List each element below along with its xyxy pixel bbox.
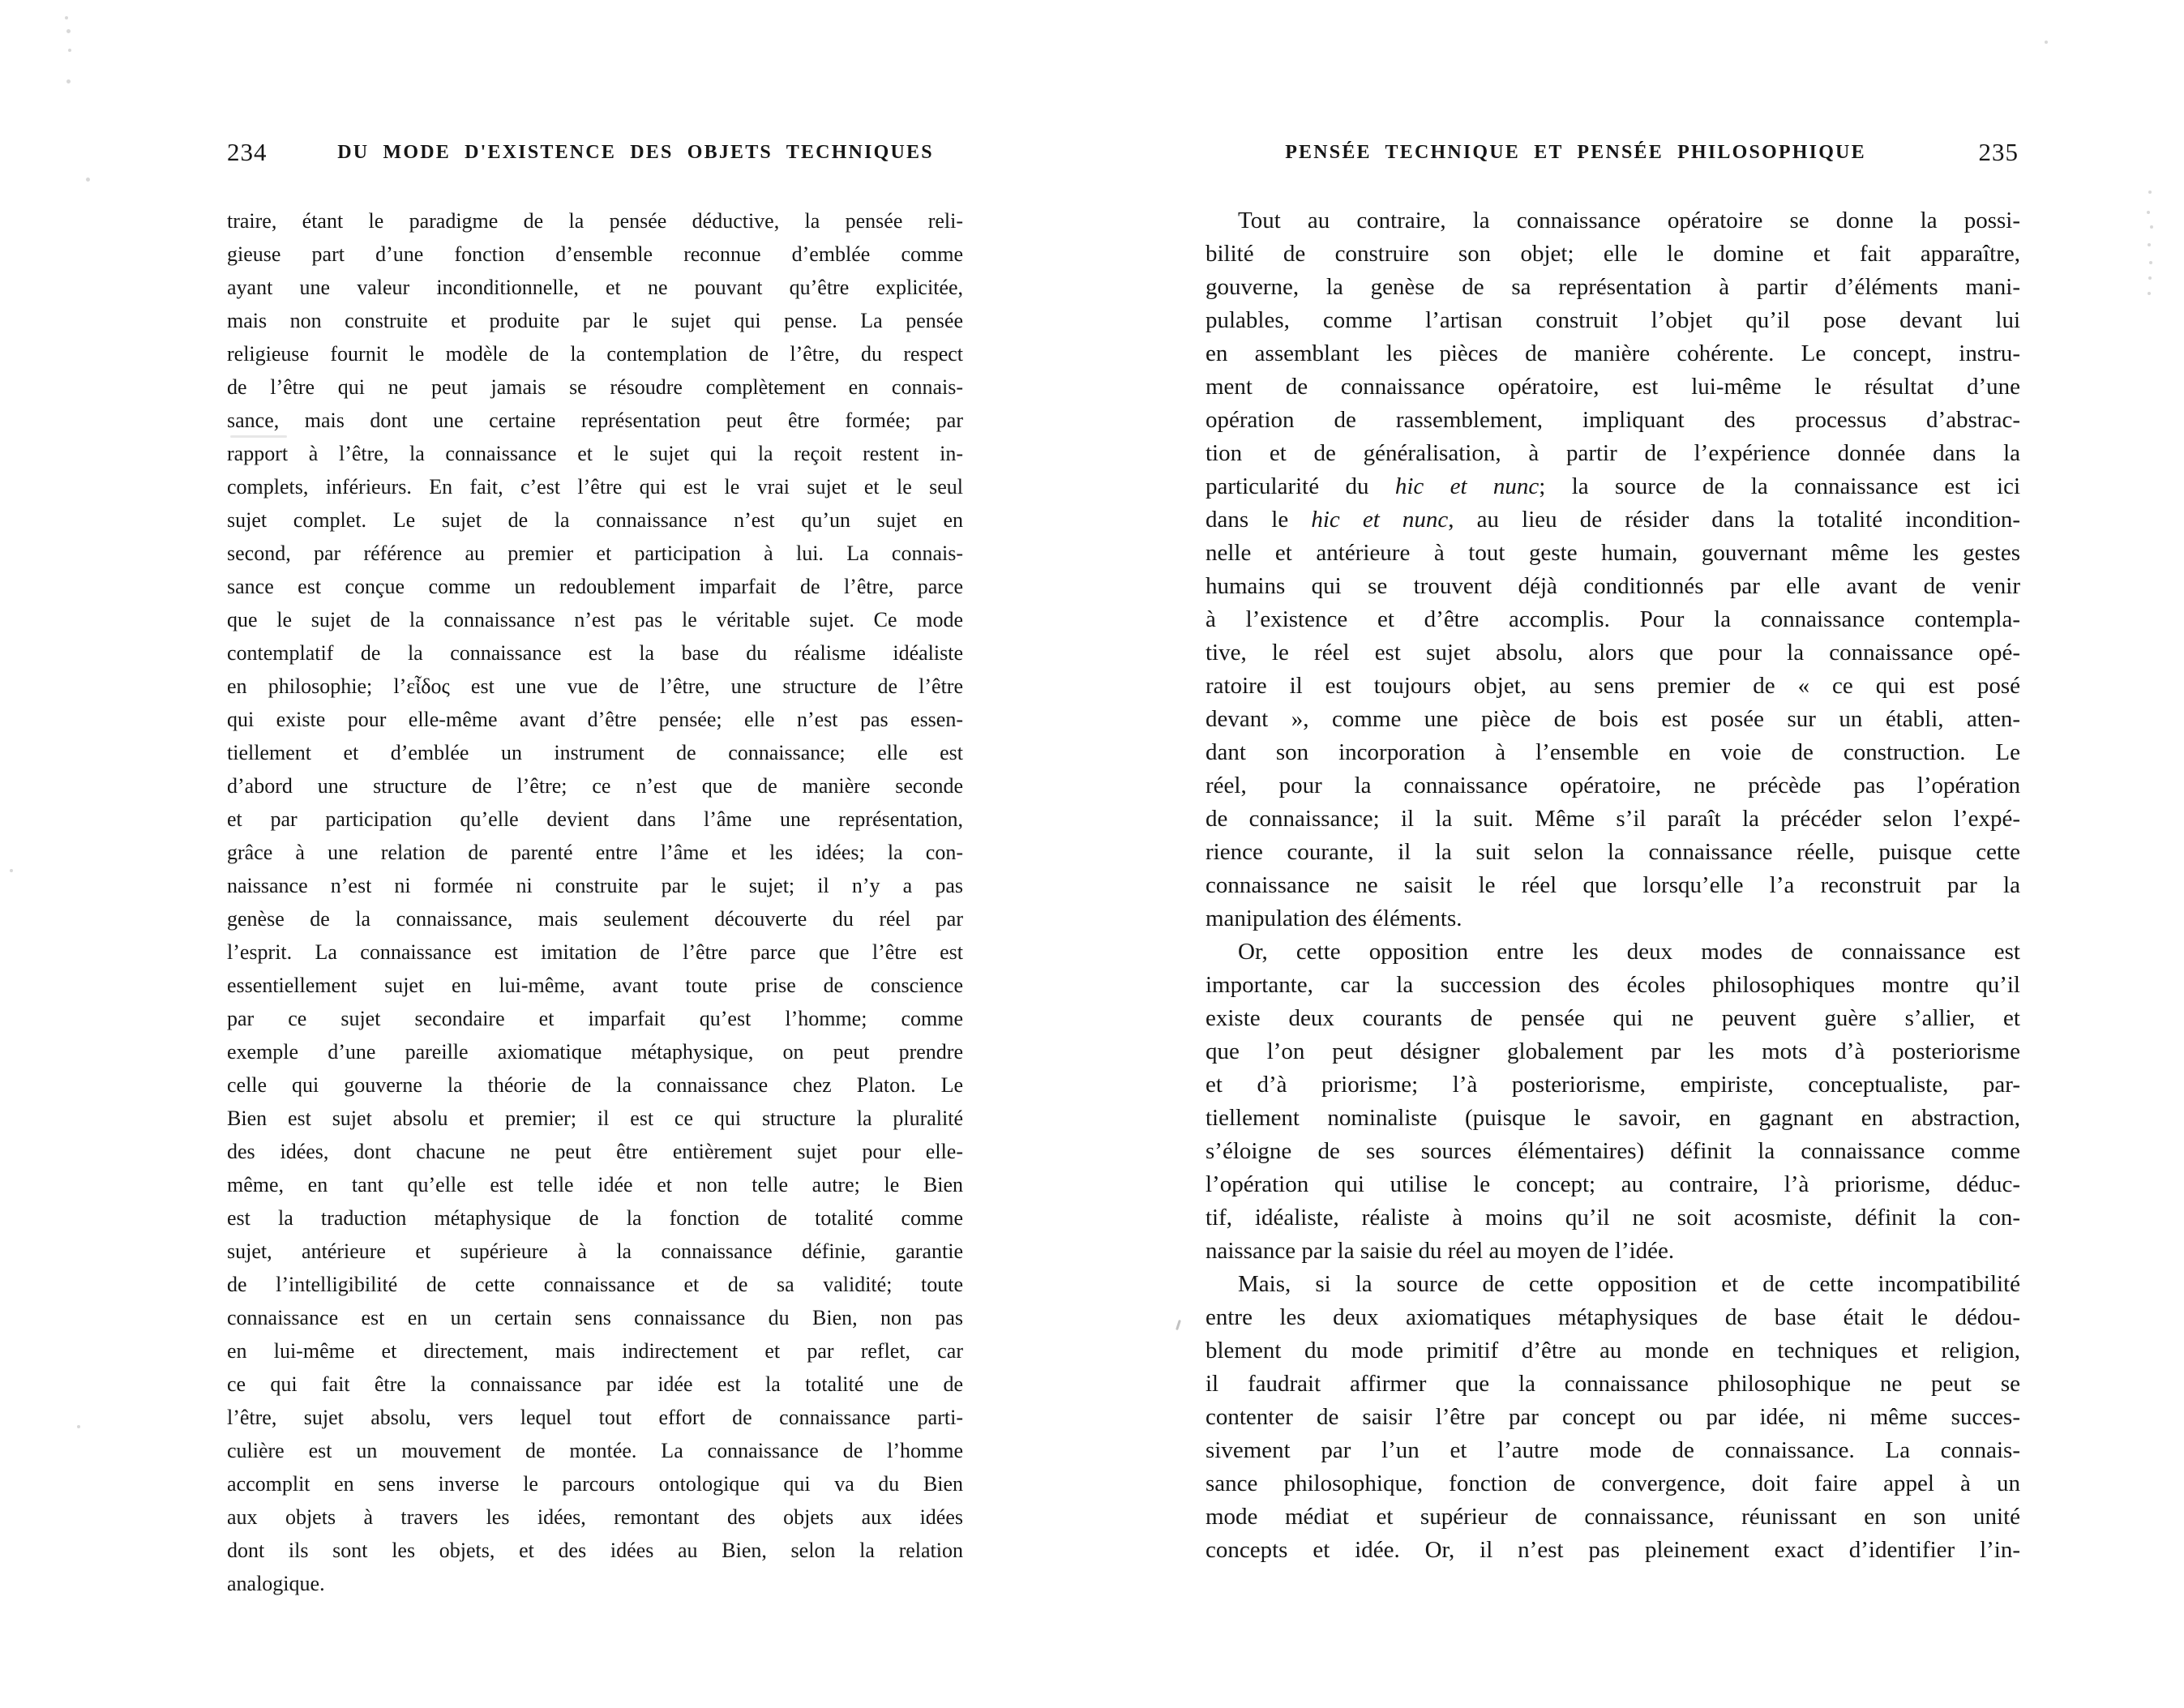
left-page-number: 234 [227,138,268,167]
scan-smudge [230,435,287,438]
text-line: manipulation des éléments. [1205,902,2020,935]
scan-speck [86,178,90,182]
text-line: religieuse fournit le modèle de la conte… [227,337,963,370]
text-line: tive, le réel est sujet absolu, alors qu… [1205,636,2020,670]
text-line: celle qui gouverne la théorie de la conn… [227,1068,963,1102]
text-line: il faudrait affirmer que la connaissance… [1205,1368,2020,1401]
text-line: en philosophie; l’εἶδος est une vue de l… [227,670,963,703]
text-line: sivement par l’un et l’autre mode de con… [1205,1434,2020,1467]
left-page-text-column: traire, étant le paradigme de la pensée … [227,204,963,1600]
text-line: entre les deux axiomatiques métaphysique… [1205,1301,2020,1334]
text-line: gieuse part d’une fonction d’ensemble re… [227,238,963,271]
text-line: humains qui se trouvent déjà conditionné… [1205,570,2020,603]
text-line: s’éloigne de ses sources élémentaires) d… [1205,1135,2020,1168]
text-line: de connaissance; il la suit. Même s’il p… [1205,803,2020,836]
text-line: sance, mais dont une certaine représenta… [227,404,963,437]
text-line: complets, inférieurs. En fait, c’est l’ê… [227,470,963,503]
text-line: en lui-même et directement, mais indirec… [227,1334,963,1368]
text-line: bilité de construire son objet; elle le … [1205,238,2020,271]
text-line: de l’intelligibilité de cette connaissan… [227,1268,963,1301]
right-page-header: PENSÉE TECHNIQUE ET PENSÉE PHILOSOPHIQUE… [1205,138,2020,170]
text-line: contenter de saisir l’être par concept o… [1205,1401,2020,1434]
text-line: en assemblant les pièces de manière cohé… [1205,337,2020,370]
text-line: genèse de la connaissance, mais seulemen… [227,902,963,935]
text-line: ment de connaissance opératoire, est lui… [1205,370,2020,404]
scan-speck [66,79,71,83]
text-line: dont ils sont les objets, et des idées a… [227,1534,963,1567]
text-line: l’être, sujet absolu, vers lequel tout e… [227,1401,963,1434]
text-line: des idées, dont chacune ne peut être ent… [227,1135,963,1168]
text-line: culière est un mouvement de montée. La c… [227,1434,963,1467]
left-running-title: DU MODE D'EXISTENCE DES OBJETS TECHNIQUE… [337,142,934,164]
text-line: Bien est sujet absolu et premier; il est… [227,1102,963,1135]
left-page-header: 234 DU MODE D'EXISTENCE DES OBJETS TECHN… [227,138,963,170]
scan-tick-mark [1176,1320,1181,1330]
text-line: essentiellement sujet en lui-même, avant… [227,969,963,1002]
text-line: grâce à une relation de parenté entre l’… [227,836,963,869]
text-line: aux objets à travers les idées, remontan… [227,1500,963,1534]
scan-speck [2148,243,2151,246]
text-line: même, en tant qu’elle est telle idée et … [227,1168,963,1201]
scan-speck [2150,225,2153,229]
text-line: second, par référence au premier et part… [227,537,963,570]
text-line: nelle et antérieure à tout geste humain,… [1205,537,2020,570]
text-line: concepts et idée. Or, il n’est pas plein… [1205,1534,2020,1567]
text-line: analogique. [227,1567,963,1600]
text-line: sujet, antérieure et supérieure à la con… [227,1235,963,1268]
text-line: d’abord une structure de l’être; ce n’es… [227,769,963,803]
text-line: tion et de généralisation, à partir de l… [1205,437,2020,470]
text-line: opération de rassemblement, impliquant d… [1205,404,2020,437]
text-line: mais non construite et produite par le s… [227,304,963,337]
text-line: ce qui fait être la connaissance par idé… [227,1368,963,1401]
text-line: à l’existence et d’être accomplis. Pour … [1205,603,2020,636]
text-line: traire, étant le paradigme de la pensée … [227,204,963,238]
text-line: est la traduction métaphysique de la fon… [227,1201,963,1235]
text-line: Or, cette opposition entre les deux mode… [1205,935,2020,969]
right-running-title: PENSÉE TECHNIQUE ET PENSÉE PHILOSOPHIQUE [1285,142,1866,164]
scan-speck [2147,211,2150,214]
text-line: ayant une valeur inconditionnelle, et ne… [227,271,963,304]
text-line: sance philosophique, fonction de converg… [1205,1467,2020,1500]
text-line: devant », comme une pièce de bois est po… [1205,703,2020,736]
text-line: par ce sujet secondaire et imparfait qu’… [227,1002,963,1035]
scan-speck [2045,41,2048,44]
text-line: Mais, si la source de cette opposition e… [1205,1268,2020,1301]
text-line: tif, idéaliste, réaliste à moins qu’il n… [1205,1201,2020,1235]
text-line: naissance n’est ni formée ni construite … [227,869,963,902]
text-line: naissance par la saisie du réel au moyen… [1205,1235,2020,1268]
text-line: exemple d’une pareille axiomatique métap… [227,1035,963,1068]
text-line: existe deux courants de pensée qui ne pe… [1205,1002,2020,1035]
book-scan: 234 DU MODE D'EXISTENCE DES OBJETS TECHN… [0,0,2184,1708]
scan-speck [2148,190,2152,194]
text-line: importante, car la succession des écoles… [1205,969,2020,1002]
text-line: réel, pour la connaissance opératoire, n… [1205,769,2020,803]
text-line: et d’à priorisme; l’à posteriorisme, emp… [1205,1068,2020,1102]
scan-speck [10,869,13,872]
text-line: mode médiat et supérieur de connaissance… [1205,1500,2020,1534]
text-line: blement du mode primitif d’être au monde… [1205,1334,2020,1368]
scan-speck [65,16,68,19]
text-line: sujet complet. Le sujet de la connaissan… [227,503,963,537]
text-line: rience courante, il la suit selon la con… [1205,836,2020,869]
text-line: connaissance ne saisit le réel que lorsq… [1205,869,2020,902]
text-line: rapport à l’être, la connaissance et le … [227,437,963,470]
right-page-number: 235 [1979,138,2019,167]
text-line: sance est conçue comme un redoublement i… [227,570,963,603]
scan-speck [66,29,71,33]
text-line: tiellement et d’emblée un instrument de … [227,736,963,769]
text-line: gouverne, la genèse de sa représentation… [1205,271,2020,304]
text-line: pulables, comme l’artisan construit l’ob… [1205,304,2020,337]
text-line: que l’on peut désigner globalement par l… [1205,1035,2020,1068]
text-line: contemplatif de la connaissance est la b… [227,636,963,670]
text-line: particularité du hic et nunc; la source … [1205,470,2020,503]
text-line: qui existe pour elle-même avant d’être p… [227,703,963,736]
text-line: ratoire il est toujours objet, au sens p… [1205,670,2020,703]
right-page-text-column: Tout au contraire, la connaissance opéra… [1205,204,2020,1567]
text-line: Tout au contraire, la connaissance opéra… [1205,204,2020,238]
scan-speck [2148,276,2152,280]
text-line: dans le hic et nunc, au lieu de résider … [1205,503,2020,537]
text-line: tiellement nominaliste (puisque le savoi… [1205,1102,2020,1135]
scan-speck [2149,261,2152,264]
scan-speck [2148,292,2151,295]
text-line: dant son incorporation à l’ensemble en v… [1205,736,2020,769]
text-line: de l’être qui ne peut jamais se résoudre… [227,370,963,404]
scan-speck [77,1425,80,1428]
text-line: l’opération qui utilise le concept; au c… [1205,1168,2020,1201]
text-line: connaissance est en un certain sens conn… [227,1301,963,1334]
text-line: l’esprit. La connaissance est imitation … [227,935,963,969]
scan-speck [68,49,71,52]
text-line: que le sujet de la connaissance n’est pa… [227,603,963,636]
text-line: et par participation qu’elle devient dan… [227,803,963,836]
text-line: accomplit en sens inverse le parcours on… [227,1467,963,1500]
